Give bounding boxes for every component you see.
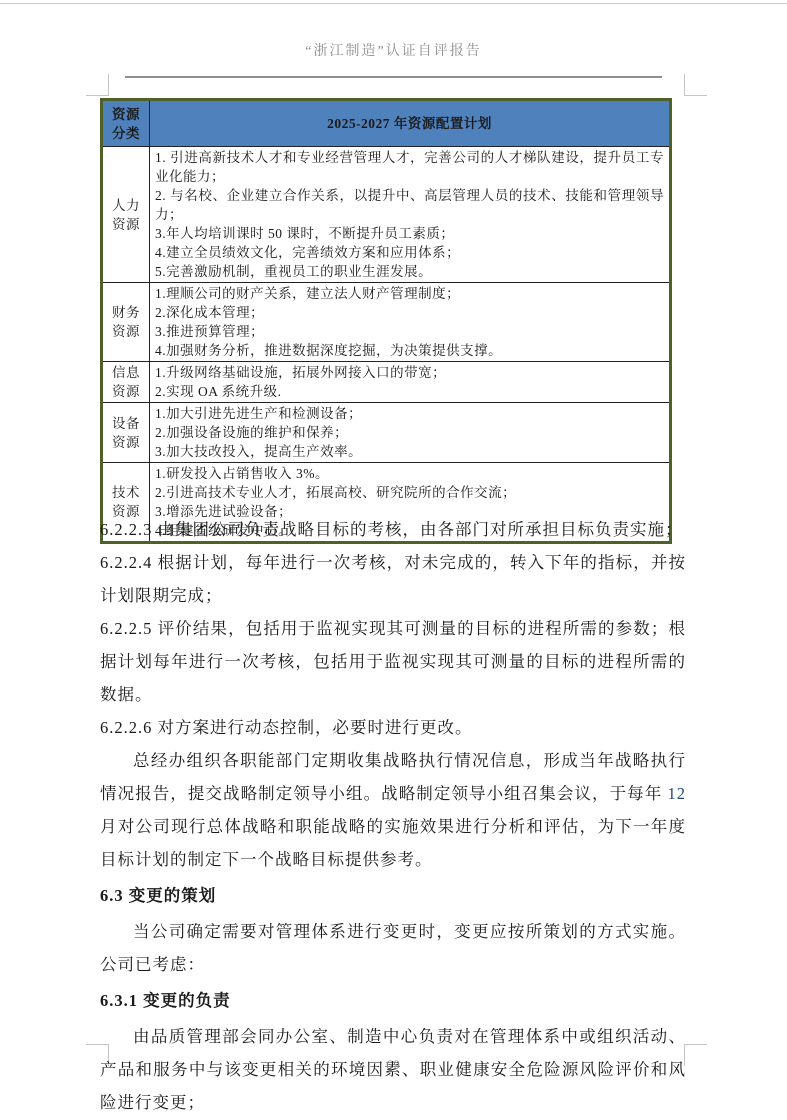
resource-category-cell: 设备资源 (102, 403, 150, 463)
plan-item: 1.研发投入占销售收入 3%。 (155, 464, 664, 483)
paragraph-text: 总经办组织各职能部门定期收集战略执行情况信息，形成当年战略执行情况报告，提交战略… (100, 751, 686, 803)
plan-item: 2.引进高技术专业人才，拓展高校、研究院所的合作交流； (155, 483, 664, 502)
resource-category-cell: 人力资源 (102, 147, 150, 283)
margin-mark-top-left (86, 74, 109, 96)
body-paragraph: 总经办组织各职能部门定期收集战略执行情况信息，形成当年战略执行情况报告，提交战略… (100, 744, 686, 876)
plan-item: 1. 引进高新技术人才和专业经营管理人才，完善公司的人才梯队建设，提升员工专业化… (155, 148, 664, 186)
plan-item: 3.年人均培训课时 50 课时，不断提升员工素质； (155, 224, 664, 243)
plan-item: 2.深化成本管理； (155, 303, 664, 322)
document-header-title: “浙江制造”认证自评报告 (0, 40, 787, 60)
resource-category-cell: 信息资源 (102, 362, 150, 403)
accent-number: 12 (668, 784, 687, 803)
body-paragraph: 当公司确定需要对管理体系进行变更时，变更应按所策划的方式实施。公司已考虑： (100, 915, 686, 981)
resource-plan-cell: 1. 引进高新技术人才和专业经营管理人才，完善公司的人才梯队建设，提升员工专业化… (150, 147, 671, 283)
resource-table-body: 人力资源1. 引进高新技术人才和专业经营管理人才，完善公司的人才梯队建设，提升员… (102, 147, 671, 543)
plan-item: 5.完善激励机制，重视员工的职业生涯发展。 (155, 262, 664, 281)
plan-item: 1.加大引进先进生产和检测设备； (155, 404, 664, 423)
section-heading: 6.3 变更的策划 (100, 879, 686, 912)
table-row: 设备资源1.加大引进先进生产和检测设备；2.加强设备设施的维护和保养；3.加大技… (102, 403, 671, 463)
plan-item: 3.加大技改投入，提高生产效率。 (155, 442, 664, 461)
resource-category-cell: 财务资源 (102, 283, 150, 362)
body-paragraph: 6.2.2.5 评价结果，包括用于监视实现其可测量的目标的进程所需的参数；根据计… (100, 612, 686, 711)
resource-plan-cell: 1.加大引进先进生产和检测设备；2.加强设备设施的维护和保养；3.加大技改投入，… (150, 403, 671, 463)
plan-item: 4.建立全员绩效文化，完善绩效方案和应用体系； (155, 243, 664, 262)
plan-item: 4.加强财务分析，推进数据深度挖掘，为决策提供支撑。 (155, 341, 664, 360)
resource-plan-table: 资源分类 2025-2027 年资源配置计划 人力资源1. 引进高新技术人才和专… (100, 98, 672, 544)
body-paragraph: 6.2.2.4 根据计划，每年进行一次考核，对未完成的，转入下年的指标，并按计划… (100, 546, 686, 612)
header-rule (125, 76, 662, 78)
column-header-resource-category: 资源分类 (102, 100, 150, 147)
document-page: “浙江制造”认证自评报告 资源分类 2025-2027 年资源配置计划 人力资源… (0, 0, 787, 1120)
plan-item: 1.升级网络基础设施，拓展外网接入口的带宽； (155, 363, 664, 382)
plan-item: 1.理顺公司的财产关系，建立法人财产管理制度； (155, 284, 664, 303)
plan-item: 2.加强设备设施的维护和保养； (155, 423, 664, 442)
table-header-row: 资源分类 2025-2027 年资源配置计划 (102, 100, 671, 147)
plan-item: 2.实现 OA 系统升级. (155, 382, 664, 401)
page-top-boundary (0, 3, 787, 4)
plan-item: 3.推进预算管理； (155, 322, 664, 341)
table-row: 财务资源1.理顺公司的财产关系，建立法人财产管理制度；2.深化成本管理；3.推进… (102, 283, 671, 362)
resource-plan-cell: 1.理顺公司的财产关系，建立法人财产管理制度；2.深化成本管理；3.推进预算管理… (150, 283, 671, 362)
body-text-block: 6.2.2.3 由集团公司负责战略目标的考核，由各部门对所承担目标负责实施；6.… (100, 513, 686, 1119)
table-row: 信息资源1.升级网络基础设施，拓展外网接入口的带宽；2.实现 OA 系统升级. (102, 362, 671, 403)
paragraph-text: 月对公司现行总体战略和职能战略的实施效果进行分析和评估，为下一年度目标计划的制定… (100, 817, 686, 869)
body-paragraph: 6.2.2.6 对方案进行动态控制，必要时进行更改。 (100, 711, 686, 744)
column-header-plan: 2025-2027 年资源配置计划 (150, 100, 671, 147)
page-number: 69 (0, 1058, 787, 1073)
resource-plan-cell: 1.升级网络基础设施，拓展外网接入口的带宽；2.实现 OA 系统升级. (150, 362, 671, 403)
section-heading: 6.3.1 变更的负责 (100, 984, 686, 1017)
plan-item: 2. 与名校、企业建立合作关系，以提升中、高层管理人员的技术、技能和管理领导力； (155, 186, 664, 224)
table-row: 人力资源1. 引进高新技术人才和专业经营管理人才，完善公司的人才梯队建设，提升员… (102, 147, 671, 283)
body-paragraph: 6.2.2.3 由集团公司负责战略目标的考核，由各部门对所承担目标负责实施； (100, 513, 686, 546)
margin-mark-top-right (684, 74, 707, 96)
